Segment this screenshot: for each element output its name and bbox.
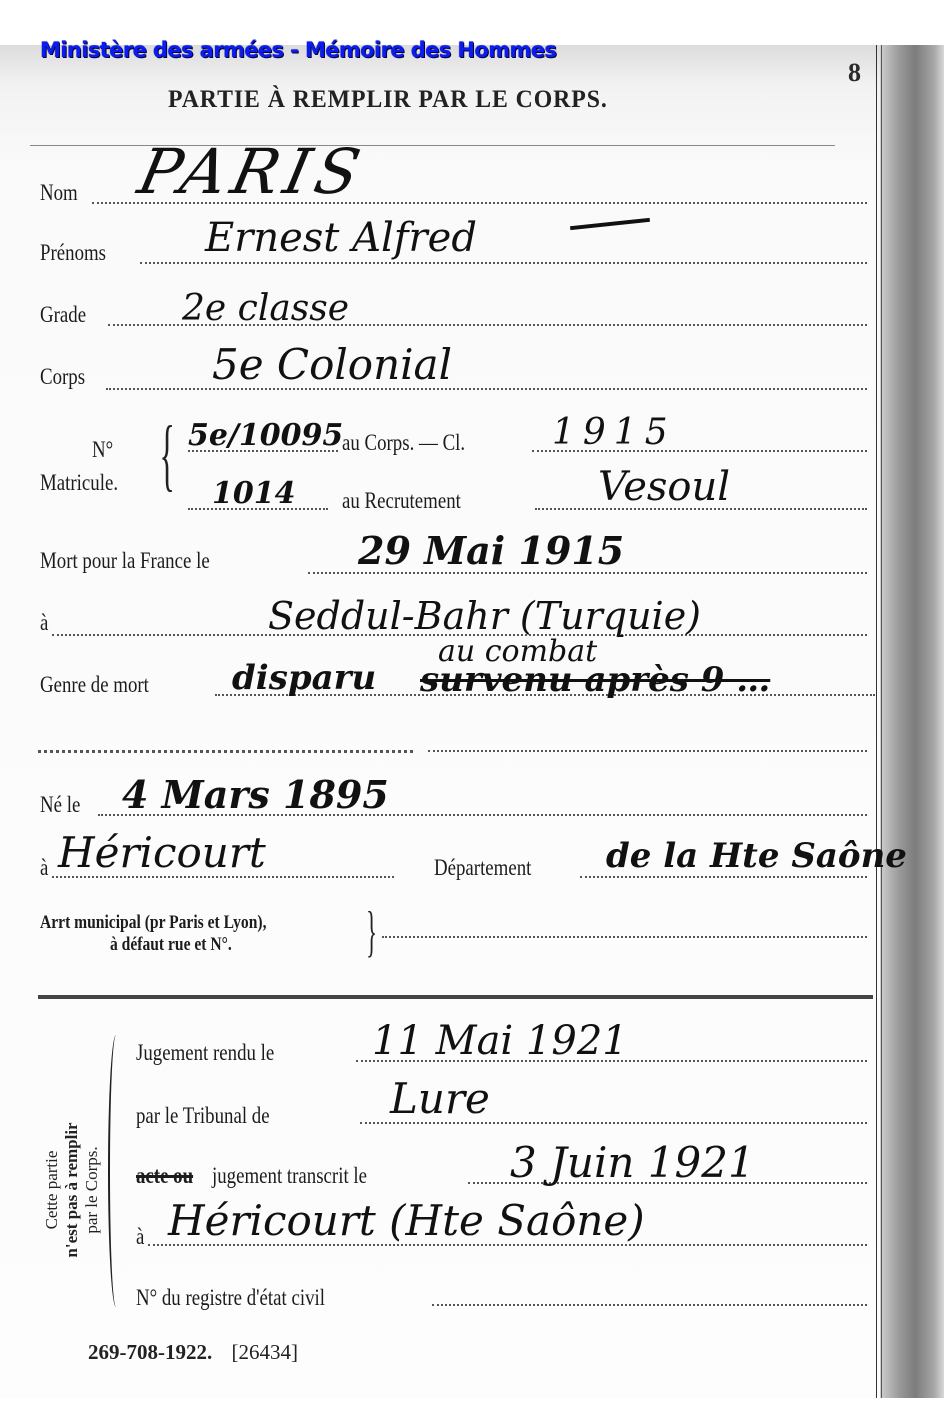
transcrit-a-label: à: [136, 1224, 144, 1250]
mort-le-value: 29 Mai 1915: [358, 528, 624, 573]
registre-line: [432, 1304, 867, 1306]
mort-a-value: Seddul-Bahr (Turquie): [268, 594, 701, 638]
ne-le-value: 4 Mars 1895: [122, 772, 389, 817]
arr-municipal-label-1: Arrt municipal (pr Paris et Lyon),: [40, 912, 266, 934]
blank-line-left: [38, 750, 413, 753]
ne-le-label: Né le: [40, 792, 80, 818]
grade-label: Grade: [40, 302, 86, 328]
print-ref: [26434]: [232, 1340, 299, 1364]
departement-line: [580, 876, 867, 878]
watermark: Ministère des armées - Mémoire des Homme…: [40, 38, 556, 62]
genre-mort-label: Genre de mort: [40, 672, 149, 698]
mort-le-label: Mort pour la France le: [40, 548, 210, 574]
matricule-label-bottom: Matricule.: [40, 470, 118, 496]
page-number: 8: [848, 58, 861, 88]
transcrit-value: 3 Juin 1921: [510, 1138, 755, 1187]
classe-value: 1915: [552, 412, 676, 453]
ne-a-label: à: [40, 855, 48, 881]
side-note: Cette partie n'est pas à remplir par le …: [42, 1090, 102, 1290]
matricule-label-top: N°: [92, 437, 113, 463]
matricule-corps-value: 5e/10095: [188, 418, 343, 453]
side-note-line-2: n'est pas à remplir: [62, 1090, 82, 1290]
nom-value: PARIS: [132, 135, 372, 208]
mort-a-label: à: [40, 610, 48, 636]
prenoms-value: Ernest Alfred: [205, 215, 477, 261]
blank-line-right: [428, 750, 867, 752]
recrutement-place-value: Vesoul: [598, 464, 730, 510]
matricule-brace: {: [160, 410, 175, 501]
genre-mort-value: disparu: [232, 658, 376, 698]
acte-ou-struck: acte ou: [136, 1163, 193, 1189]
corps-label: Corps: [40, 364, 85, 390]
prenoms-label: Prénoms: [40, 240, 106, 266]
transcrit-a-value: Héricourt (Hte Saône): [168, 1196, 645, 1245]
jugement-rendu-label: Jugement rendu le: [136, 1040, 274, 1066]
section-divider: [38, 995, 873, 999]
matricule-corps-label: au Corps. — Cl.: [342, 430, 465, 456]
arr-municipal-label-2: à défaut rue et N°.: [110, 934, 232, 956]
page-title: PARTIE À REMPLIR PAR LE CORPS.: [168, 86, 608, 114]
nom-label: Nom: [40, 180, 78, 206]
side-note-line-3: par le Corps.: [82, 1090, 102, 1290]
transcrit-label: jugement transcrit le: [212, 1163, 367, 1189]
tribunal-value: Lure: [390, 1074, 490, 1123]
jugement-rendu-value: 11 Mai 1921: [372, 1018, 628, 1064]
arr-brace: }: [366, 900, 377, 964]
registre-label: N° du registre d'état civil: [136, 1285, 325, 1311]
grade-value: 2e classe: [182, 288, 349, 329]
print-number: 269-708-1922.: [88, 1340, 212, 1364]
tribunal-label: par le Tribunal de: [136, 1103, 270, 1129]
margin-line: [876, 45, 877, 1398]
margin-line-2: [881, 45, 882, 1398]
arr-municipal-line: [382, 936, 867, 938]
prenoms-line: [140, 262, 867, 264]
corps-value: 5e Colonial: [212, 340, 452, 389]
section-bracket: [108, 1035, 124, 1307]
departement-label: Département: [434, 855, 531, 881]
side-note-line-1: Cette partie: [42, 1090, 62, 1290]
genre-mort-struck: survenu après 9 …: [420, 660, 770, 700]
departement-value: de la Hte Saône: [606, 836, 907, 876]
recrutement-number-value: 1014: [212, 476, 296, 511]
page-edge-shadow: [880, 45, 944, 1398]
print-code: 269-708-1922. [26434]: [88, 1340, 298, 1365]
ne-a-value: Héricourt: [58, 828, 266, 877]
recrutement-label: au Recrutement: [342, 488, 461, 514]
